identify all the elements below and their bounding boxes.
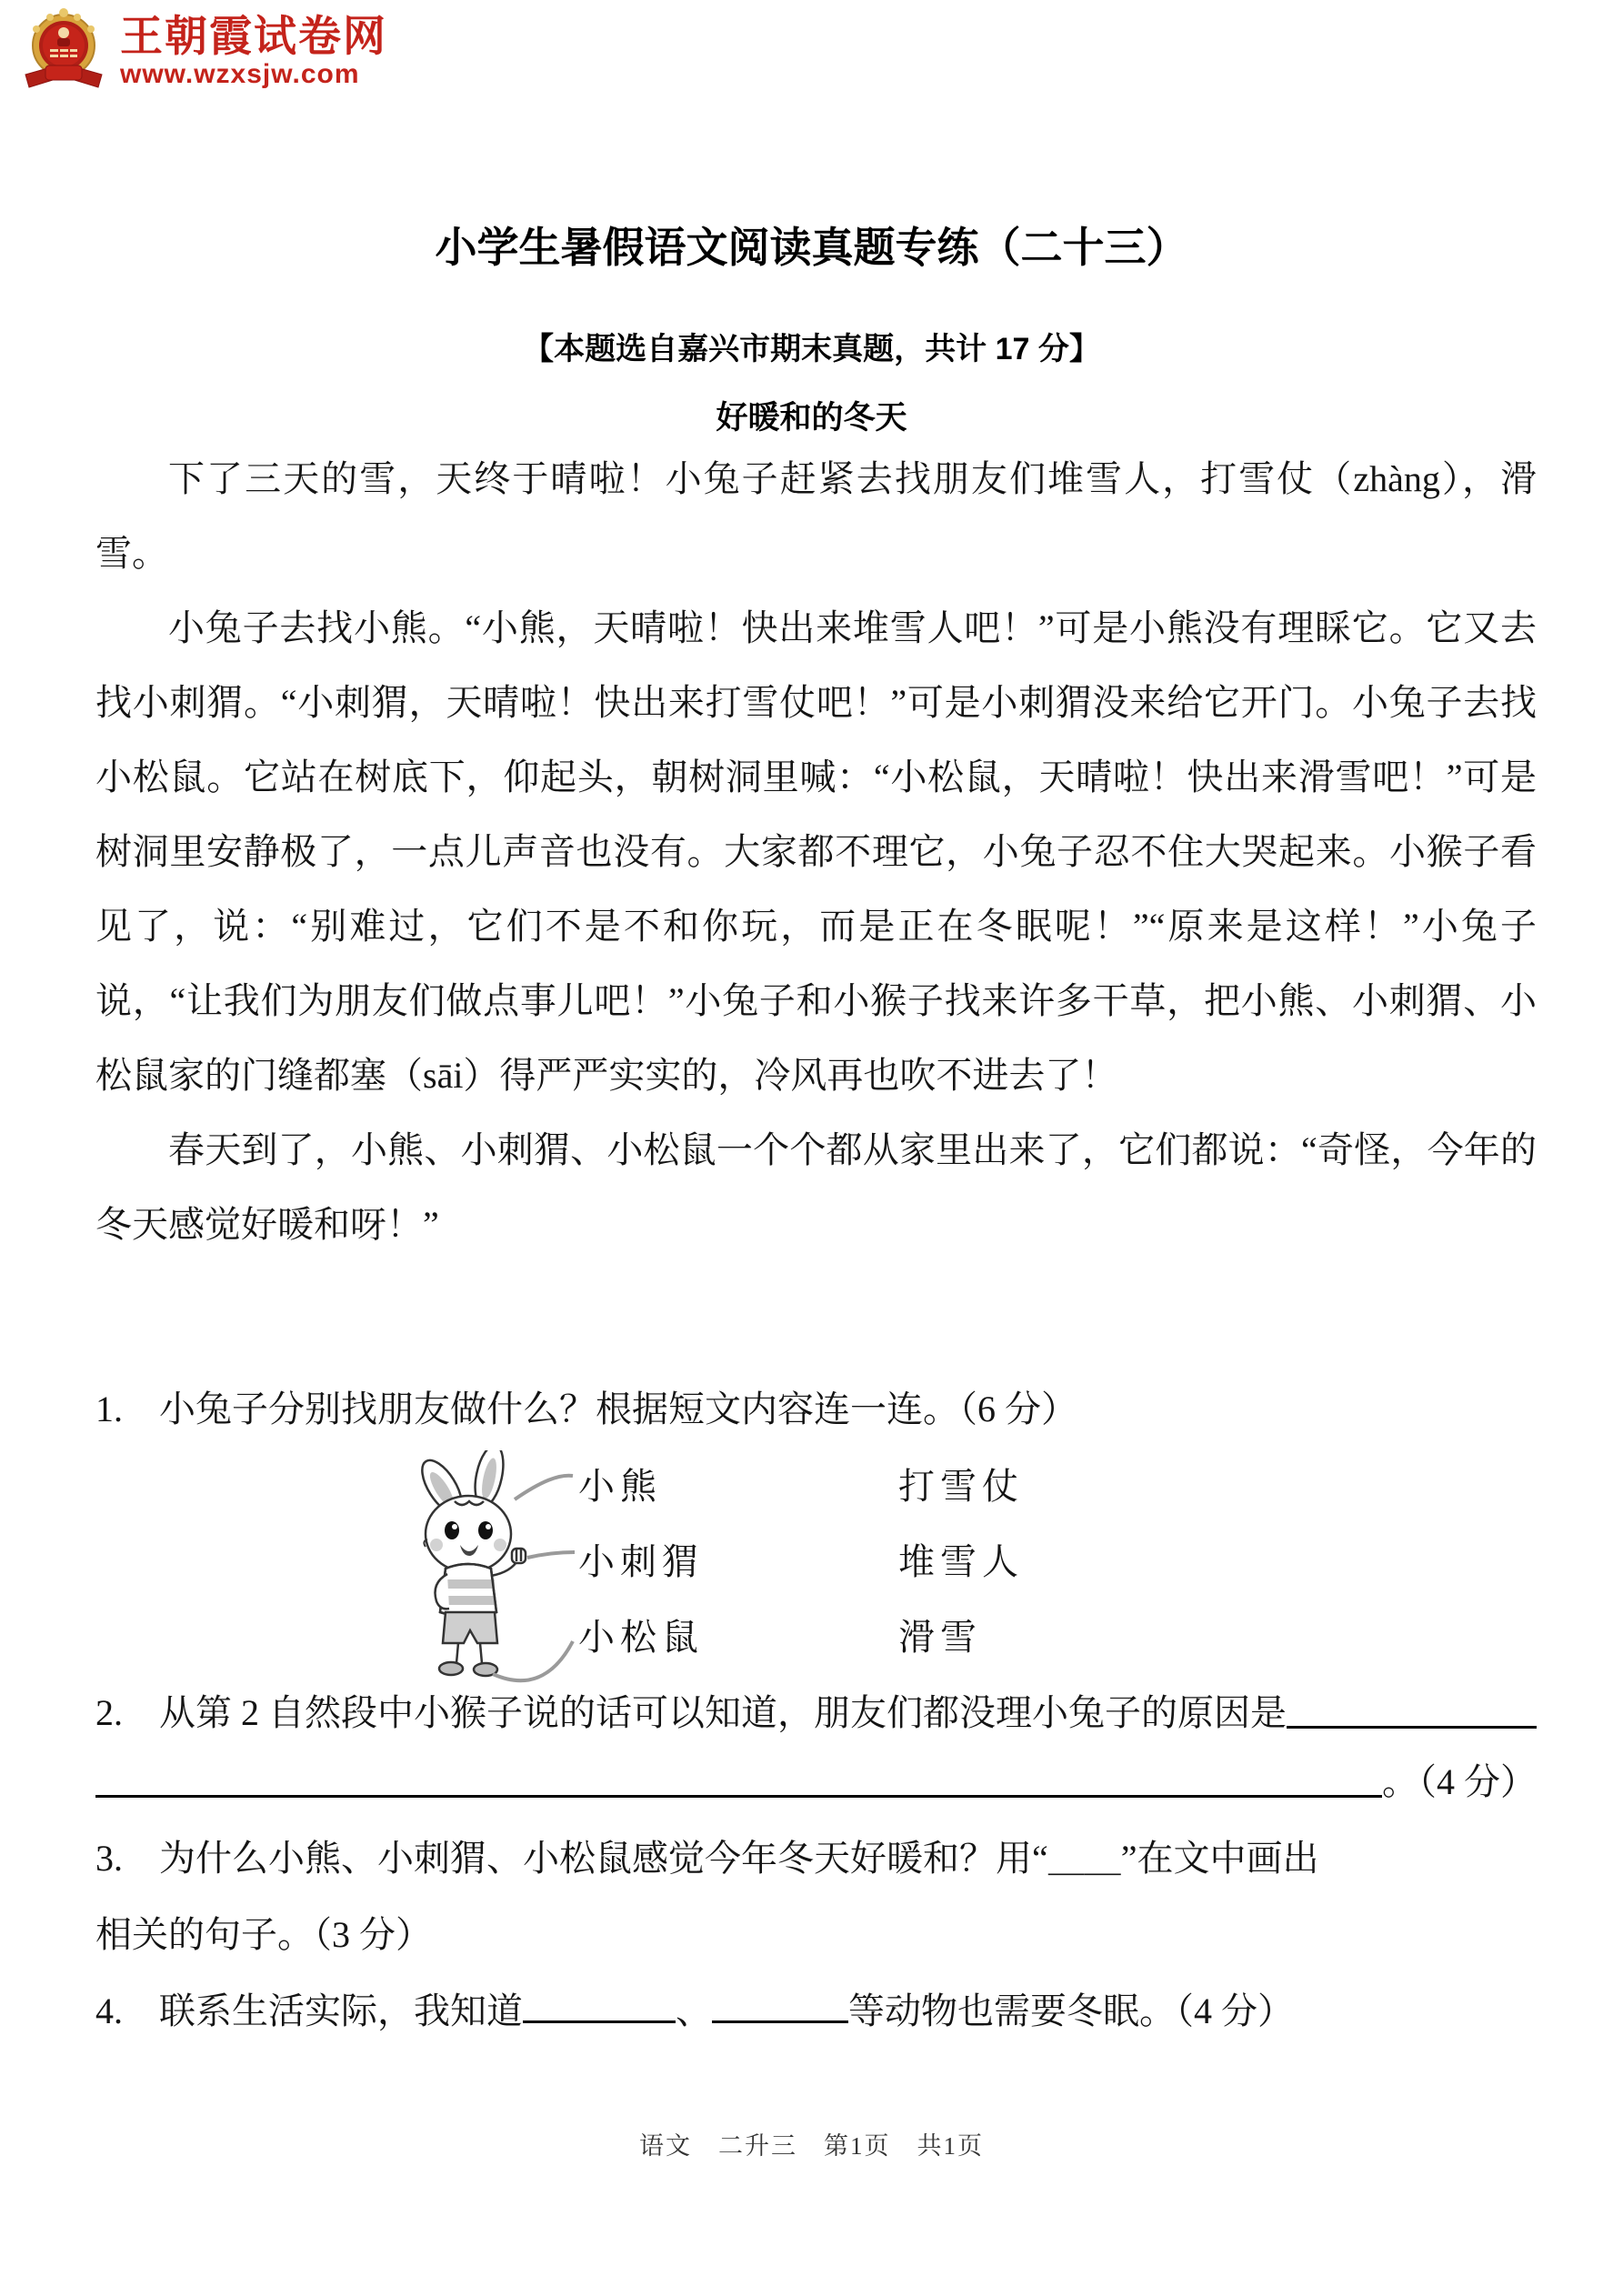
question-1-prompt: 1. 小兔子分别找朋友做什么？根据短文内容连一连。（6 分） [95,1380,1537,1432]
answer-blank [1287,1726,1537,1729]
question-3-line1: 3. 为什么小熊、小刺猬、小松鼠感觉今年冬天好暖和？用“＿＿”在文中画出 [95,1830,1537,1881]
page-footer: 语文 二升三 第1页 共1页 [0,2126,1623,2161]
passage-paragraph: 春天到了，小熊、小刺猬、小松鼠一个个都从家里出来了，它们都说：“奇怪，今年的冬天… [95,1113,1537,1262]
match-right-item: 滑雪 [898,1609,982,1660]
match-left-item: 小松鼠 [578,1609,704,1660]
site-name: 王朝霞试卷网 [120,14,387,58]
answer-blank [712,2020,848,2023]
question-4-separator: 、 [676,1990,712,2031]
site-logo: 王朝霞试卷网 www.wzxsjw.com [20,5,387,96]
source-note: 【本题选自嘉兴市期末真题，共计 17 分】 [0,324,1623,368]
page-title: 小学生暑假语文阅读真题专练（二十三） [0,215,1623,275]
answer-blank [95,1795,1382,1798]
question-1-match-area: 小熊 小刺猬 小松鼠 打雪仗 堆雪人 滑雪 [0,1450,1623,1719]
match-right-item: 打雪仗 [898,1458,1024,1509]
match-right-item: 堆雪人 [898,1533,1024,1585]
site-url: www.wzxsjw.com [120,60,387,89]
passage-title: 好暖和的冬天 [0,393,1623,438]
question-4-prefix: 4. 联系生活实际，我知道 [95,1990,523,2031]
medal-badge-icon [20,5,107,96]
match-connector-lines [493,1476,575,1681]
question-3-line2: 相关的句子。（3 分） [95,1906,1537,1958]
question-4-suffix: 等动物也需要冬眠。（4 分） [848,1990,1294,2031]
question-2-line2: 。（4 分） [95,1753,1537,1805]
match-left-item: 小熊 [578,1458,662,1509]
question-4: 4. 联系生活实际，我知道、等动物也需要冬眠。（4 分） [95,1982,1537,2034]
passage-paragraph: 小兔子去找小熊。“小熊，天晴啦！快出来堆雪人吧！”可是小熊没有理睬它。它又去找小… [95,591,1537,1113]
passage-body: 下了三天的雪，天终于晴啦！小兔子赶紧去找朋友们堆雪人，打雪仗（zhàng），滑雪… [95,442,1537,1262]
question-2-prompt: 2. 从第 2 自然段中小猴子说的话可以知道，朋友们都没理小兔子的原因是 [95,1684,1287,1736]
question-2-suffix: 。（4 分） [1382,1753,1537,1805]
answer-blank [523,2020,676,2023]
passage-paragraph: 下了三天的雪，天终于晴啦！小兔子赶紧去找朋友们堆雪人，打雪仗（zhàng），滑雪… [95,442,1537,591]
question-2-line1: 2. 从第 2 自然段中小猴子说的话可以知道，朋友们都没理小兔子的原因是 [95,1684,1537,1736]
match-left-item: 小刺猬 [578,1533,704,1585]
